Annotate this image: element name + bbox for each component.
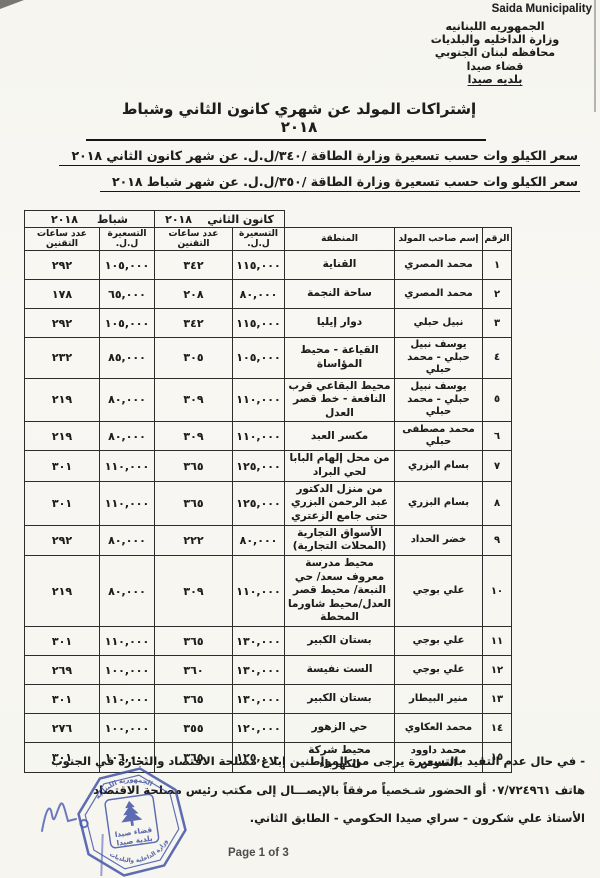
col-header-area: المنطقة <box>285 228 395 251</box>
table-row: ٨ بسام البزري من منزل الدكتور عبد الرحمن… <box>24 481 511 525</box>
scan-edge-artifact <box>594 0 596 112</box>
cell-january-hours: ٣٠٩ <box>154 422 232 451</box>
cell-owner-name: بسام البزري <box>395 481 483 525</box>
cell-area: القناية <box>285 251 395 280</box>
col-header-january-price: التسعيرة ل.ل. <box>233 228 285 251</box>
cell-area: دوار إيليا <box>285 309 395 338</box>
spacer-cell <box>483 211 512 228</box>
cell-owner-name: علي بوجي <box>395 555 483 626</box>
cell-row-number: ٥ <box>483 378 512 422</box>
cell-february-hours: ٢٩٢ <box>24 251 99 280</box>
cell-february-hours: ٢٩٢ <box>24 309 99 338</box>
cell-row-number: ٢ <box>483 280 512 309</box>
cell-january-hours: ٣٠٩ <box>154 378 232 422</box>
cell-area: الأسواق التجارية (المحلات التجارية) <box>285 525 395 555</box>
cell-row-number: ٣ <box>483 309 512 338</box>
cell-area: محيط مدرسة معروف سعد/ حي النبعة/ محيط قص… <box>285 555 395 626</box>
cell-area: حي الزهور <box>285 714 395 743</box>
cell-owner-name: محمد المصري <box>395 280 483 309</box>
cell-february-price: ٨٠,٠٠٠ <box>99 378 154 422</box>
cell-january-price: ١٣٠,٠٠٠ <box>233 656 285 685</box>
col-header-january-hours: عدد ساعات التقنين <box>154 228 232 251</box>
cell-row-number: ٩ <box>483 525 512 555</box>
cell-february-hours: ٣٠١ <box>24 685 99 714</box>
cell-january-hours: ٣٦٥ <box>154 685 232 714</box>
cell-february-hours: ٢٧٦ <box>24 714 99 743</box>
cell-january-price: ١١٥,٠٠٠ <box>233 251 285 280</box>
cell-february-hours: ٢٦٩ <box>24 656 99 685</box>
cell-january-price: ٨٠,٠٠٠ <box>233 280 285 309</box>
cell-january-hours: ٣٦٥ <box>154 627 232 656</box>
cell-owner-name: خضر الحداد <box>395 525 483 555</box>
cell-january-hours: ٣٥٥ <box>154 714 232 743</box>
cell-area: الست نفيسة <box>285 656 395 685</box>
cell-owner-name: علي بوجي <box>395 656 483 685</box>
tariff-note-february: سعر الكيلو وات حسب تسعيرة وزارة الطاقة /… <box>20 174 580 192</box>
scan-corner-artifact <box>0 0 24 9</box>
tariff-note-january: سعر الكيلو وات حسب تسعيرة وزارة الطاقة /… <box>20 148 580 166</box>
cell-january-hours: ٢٠٨ <box>154 280 232 309</box>
cell-february-hours: ٣٠١ <box>24 451 99 481</box>
table-row: ٤ يوسف نبيل حبلي - محمد حبلي القياعة - م… <box>24 338 511 379</box>
cell-area: القياعة - محيط المؤاساة <box>285 338 395 379</box>
col-header-february-hours: عدد ساعات التقنين <box>24 228 99 251</box>
col-header-february-price: التسعيرة ل.ل. <box>99 228 154 251</box>
cell-february-price: ٦٥,٠٠٠ <box>99 280 154 309</box>
cell-january-hours: ٣٦٥ <box>154 451 232 481</box>
cell-february-hours: ١٧٨ <box>24 280 99 309</box>
cell-january-price: ١١٠,٠٠٠ <box>233 422 285 451</box>
table-row: ١١ علي بوجي بستان الكبير ١٣٠,٠٠٠ ٣٦٥ ١١٠… <box>24 627 511 656</box>
letterhead-line-district: قضاء صيدا <box>412 60 578 73</box>
cell-february-price: ١١٠,٠٠٠ <box>99 685 154 714</box>
signature-scribble <box>36 793 118 843</box>
table-row: ١٣ منير البيطار بستان الكبير ١٣٠,٠٠٠ ٣٦٥… <box>24 685 511 714</box>
cell-area: بستان الكبير <box>285 685 395 714</box>
col-header-number: الرقم <box>483 228 512 251</box>
cell-owner-name: محمد مصطفى حبلي <box>395 422 483 451</box>
month-header-january: كانون الثاني ٢٠١٨ <box>154 211 284 228</box>
col-header-owner: إسم صاحب المولد <box>395 228 483 251</box>
cell-february-hours: ٣٠١ <box>24 627 99 656</box>
cell-row-number: ٤ <box>483 338 512 379</box>
table-row: ٥ يوسف نبيل حبلي - محمد حبلي محيط البقاع… <box>24 378 511 422</box>
table-row: ٧ بسام البزري من محل إلهام البابا لحي ال… <box>24 451 511 481</box>
cell-january-hours: ٣٦٠ <box>154 656 232 685</box>
cell-february-hours: ٢١٩ <box>24 378 99 422</box>
cell-owner-name: نبيل حبلي <box>395 309 483 338</box>
cedar-tree-icon <box>118 799 143 827</box>
cell-area: بستان الكبير <box>285 627 395 656</box>
cell-row-number: ١٢ <box>483 656 512 685</box>
cell-area: مكسر العبد <box>285 422 395 451</box>
cell-february-hours: ٢٣٢ <box>24 338 99 379</box>
cell-row-number: ١٠ <box>483 555 512 626</box>
letterhead-english: Saida Municipality <box>492 3 592 15</box>
table-row: ٣ نبيل حبلي دوار إيليا ١١٥,٠٠٠ ٣٤٢ ١٠٥,٠… <box>24 309 511 338</box>
cell-january-price: ١٢٠,٠٠٠ <box>233 714 285 743</box>
cell-february-price: ١٠٠,٠٠٠ <box>99 656 154 685</box>
cell-february-hours: ٢١٩ <box>24 422 99 451</box>
cell-january-price: ٨٠,٠٠٠ <box>233 525 285 555</box>
cell-january-price: ١٢٥,٠٠٠ <box>233 451 285 481</box>
cell-february-price: ٨٠,٠٠٠ <box>99 525 154 555</box>
cell-owner-name: منير البيطار <box>395 685 483 714</box>
cell-row-number: ١٤ <box>483 714 512 743</box>
table-body: ١ محمد المصري القناية ١١٥,٠٠٠ ٣٤٢ ١٠٥,٠٠… <box>24 251 511 773</box>
cell-february-price: ١٠٥,٠٠٠ <box>99 309 154 338</box>
cell-january-price: ١١٠,٠٠٠ <box>233 378 285 422</box>
table-row: ١ محمد المصري القناية ١١٥,٠٠٠ ٣٤٢ ١٠٥,٠٠… <box>24 251 511 280</box>
letterhead-line-municipality: بلديه صيدا <box>412 73 578 86</box>
cell-owner-name: يوسف نبيل حبلي - محمد حبلي <box>395 338 483 379</box>
column-header-row: الرقم إسم صاحب المولد المنطقة التسعيرة ل… <box>24 228 511 251</box>
cell-february-hours: ٢١٩ <box>24 555 99 626</box>
cell-area: من محل إلهام البابا لحي البراد <box>285 451 395 481</box>
cell-february-price: ١٠٠,٠٠٠ <box>99 714 154 743</box>
cell-january-hours: ٣٠٥ <box>154 338 232 379</box>
month-header-row: كانون الثاني ٢٠١٨ شباط ٢٠١٨ <box>24 211 511 228</box>
table-row: ١٢ علي بوجي الست نفيسة ١٣٠,٠٠٠ ٣٦٠ ١٠٠,٠… <box>24 656 511 685</box>
cell-january-price: ١١٠,٠٠٠ <box>233 555 285 626</box>
scanned-document-page: Saida Municipality الجمهوريه اللبنانيه و… <box>0 0 600 878</box>
cell-january-price: ١٢٥,٠٠٠ <box>233 481 285 525</box>
cell-row-number: ١١ <box>483 627 512 656</box>
cell-february-hours: ٢٩٢ <box>24 525 99 555</box>
document-title: إشتراكات المولد عن شهري كانون الثاني وشب… <box>86 100 486 141</box>
cell-january-hours: ٢٢٢ <box>154 525 232 555</box>
cell-row-number: ٧ <box>483 451 512 481</box>
cell-row-number: ١ <box>483 251 512 280</box>
cell-february-price: ٨٥,٠٠٠ <box>99 338 154 379</box>
table-row: ٢ محمد المصري ساحة النجمة ٨٠,٠٠٠ ٢٠٨ ٦٥,… <box>24 280 511 309</box>
cell-area: ساحة النجمة <box>285 280 395 309</box>
cell-february-price: ١١٠,٠٠٠ <box>99 627 154 656</box>
page-number: Page 1 of 3 <box>228 847 289 859</box>
letterhead-line-ministry: وزارة الداخليه والبلديات <box>412 33 578 46</box>
table-row: ٦ محمد مصطفى حبلي مكسر العبد ١١٠,٠٠٠ ٣٠٩… <box>24 422 511 451</box>
cell-january-price: ١١٥,٠٠٠ <box>233 309 285 338</box>
cell-february-price: ١٠٥,٠٠٠ <box>99 251 154 280</box>
cell-owner-name: محمد المصري <box>395 251 483 280</box>
cell-row-number: ٨ <box>483 481 512 525</box>
cell-january-price: ١٣٠,٠٠٠ <box>233 685 285 714</box>
cell-row-number: ٦ <box>483 422 512 451</box>
table-row: ١٠ علي بوجي محيط مدرسة معروف سعد/ حي الن… <box>24 555 511 626</box>
cell-owner-name: محمد العكاوي <box>395 714 483 743</box>
cell-january-hours: ٣٠٩ <box>154 555 232 626</box>
cell-area: محيط البقاعي قرب النافعة - خط قصر العدل <box>285 378 395 422</box>
spacer-cell <box>285 211 395 228</box>
spacer-cell <box>395 211 483 228</box>
month-header-february: شباط ٢٠١٨ <box>24 211 154 228</box>
table-row: ٩ خضر الحداد الأسواق التجارية (المحلات ا… <box>24 525 511 555</box>
cell-january-hours: ٣٤٢ <box>154 309 232 338</box>
cell-row-number: ١٣ <box>483 685 512 714</box>
cell-january-price: ١٣٠,٠٠٠ <box>233 627 285 656</box>
cell-february-price: ٨٠,٠٠٠ <box>99 555 154 626</box>
cell-area: من منزل الدكتور عبد الرحمن البزري حتى جا… <box>285 481 395 525</box>
cell-owner-name: يوسف نبيل حبلي - محمد حبلي <box>395 378 483 422</box>
cell-owner-name: بسام البزري <box>395 451 483 481</box>
cell-february-price: ١١٠,٠٠٠ <box>99 451 154 481</box>
cell-february-price: ٨٠,٠٠٠ <box>99 422 154 451</box>
cell-january-hours: ٣٦٥ <box>154 481 232 525</box>
letterhead-line-republic: الجمهوريه اللبنانيه <box>412 20 578 33</box>
table-row: ١٤ محمد العكاوي حي الزهور ١٢٠,٠٠٠ ٣٥٥ ١٠… <box>24 714 511 743</box>
letterhead-line-governorate: محافظه لبنان الجنوبي <box>412 46 578 59</box>
letterhead-arabic: الجمهوريه اللبنانيه وزارة الداخليه والبل… <box>412 20 578 86</box>
cell-february-price: ١١٠,٠٠٠ <box>99 481 154 525</box>
cell-january-price: ١٠٥,٠٠٠ <box>233 338 285 379</box>
generator-subscriptions-table: كانون الثاني ٢٠١٨ شباط ٢٠١٨ الرقم إسم صا… <box>24 210 512 773</box>
document-title-text: إشتراكات المولد عن شهري كانون الثاني وشب… <box>86 100 486 141</box>
tariff-notes: سعر الكيلو وات حسب تسعيرة وزارة الطاقة /… <box>20 148 580 200</box>
cell-january-hours: ٣٤٢ <box>154 251 232 280</box>
cell-february-hours: ٣٠١ <box>24 481 99 525</box>
cell-owner-name: علي بوجي <box>395 627 483 656</box>
